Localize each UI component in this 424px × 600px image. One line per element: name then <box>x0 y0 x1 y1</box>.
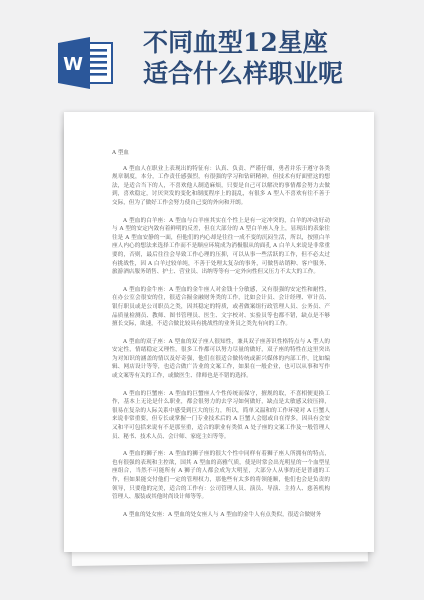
paragraph-gemini: A 型血的双子座：A 型血的双子座人很知性，兼具双子座善识性格特点与 A 型人的… <box>112 338 330 381</box>
document-content: A 型血 A 型血人在职业上表现出的特征有：认真、负责、严谨仔细，勇者并乐于遵守… <box>112 149 330 528</box>
header-banner: W 不同血型12星座 适合什么样职业呢 <box>0 0 424 105</box>
paragraph-virgo: A 型血的处女座：A 型血的处女座人与 A 型血的金牛人有点类似，很适合做财务 <box>112 511 330 520</box>
paragraph-leo: A 型血的狮子座：A 型血的狮子座的很大个性中同样有着狮子座人所拥有的特点，也有… <box>112 450 330 502</box>
title-line-2: 适合什么样职业呢 <box>143 58 343 89</box>
svg-text:W: W <box>63 54 83 75</box>
document-title: 不同血型12星座 适合什么样职业呢 <box>143 27 343 89</box>
paragraph-aries: A 型血的白羊座：A 型血与白羊座其实在个性上是有一定冲突的，白羊的冲动好动与 … <box>112 217 330 277</box>
paragraph-intro: A 型血人在职业上表现出的特征有：认真、负责、严谨仔细，勇者并乐于遵守各类规章制… <box>112 165 330 208</box>
document-page: A 型血 A 型血人在职业上表现出的特征有：认真、负责、严谨仔细，勇者并乐于遵守… <box>64 112 374 552</box>
paragraph-cancer: A 型血的巨蟹座：A 型血的巨蟹座人个性传统而保守，擅规的取，不喜相便更换工作，… <box>112 390 330 442</box>
title-line-1: 不同血型12星座 <box>143 27 343 58</box>
paragraph-taurus: A 型血的金牛座：A 型血的金牛座人对金钱十分敏感，又有很强的安定性和耐性，在办… <box>112 286 330 329</box>
section-heading: A 型血 <box>112 149 330 158</box>
microsoft-word-icon: W <box>58 37 114 89</box>
